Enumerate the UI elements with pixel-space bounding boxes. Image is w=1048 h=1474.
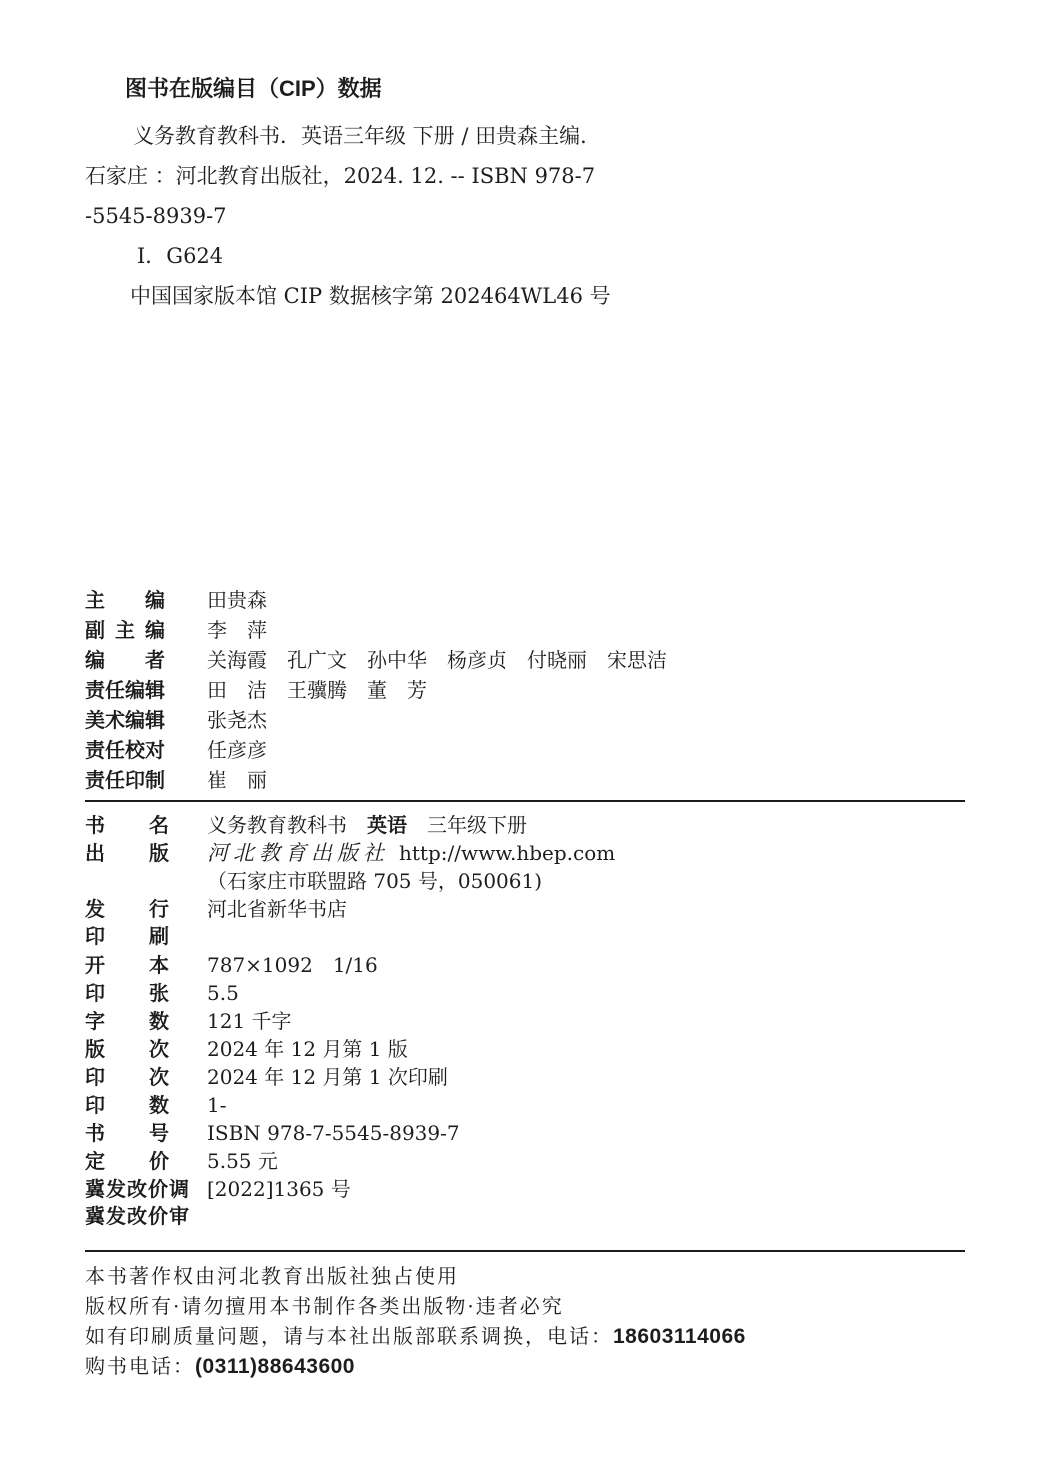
pub-row: 印次 2024 年 12 月第 1 次印刷 (85, 1063, 965, 1091)
pub-value: 5.5 (207, 979, 239, 1007)
pub-row: 字数 121 千字 (85, 1007, 965, 1035)
divider-rule-top (85, 800, 965, 802)
cip-line: 义务教育教科书．英语三年级 下册 / 田贵森主编． (85, 116, 965, 156)
pub-row: 定价 5.55 元 (85, 1147, 965, 1175)
pub-value: ISBN 978-7-5545-8939-7 (207, 1119, 460, 1147)
pub-row: 冀发改价调 [2022]1365 号 (85, 1175, 965, 1203)
staff-row: 责任校对 任彦彦 (85, 735, 965, 765)
pub-value: 787×1092 1/16 (207, 951, 378, 979)
copyright-block: 本书著作权由河北教育出版社独占使用 版权所有·请勿擅用本书制作各类出版物·违者必… (85, 1261, 965, 1381)
copyright-line: 如有印刷质量问题，请与本社出版部联系调换，电话：18603114066 (85, 1321, 965, 1351)
pub-value: 121 千字 (207, 1007, 292, 1035)
pub-label: 版次 (85, 1036, 169, 1064)
pub-row-publisher: 出版 河北教育出版社http://www.hbep.com (85, 839, 965, 867)
staff-value: 任彦彦 (207, 735, 267, 765)
staff-label: 编者 (85, 646, 165, 676)
staff-row: 主编 田贵森 (85, 585, 965, 615)
pub-label: 书号 (85, 1120, 169, 1148)
pub-value: 河北省新华书店 (207, 895, 347, 923)
copyright-line: 本书著作权由河北教育出版社独占使用 (85, 1261, 965, 1291)
pub-label: 发行 (85, 896, 169, 924)
staff-label: 主编 (85, 586, 165, 616)
staff-label: 责任印制 (85, 766, 165, 796)
staff-block: 主编 田贵森 副主编 李 萍 编者 关海霞 孔广文 孙中华 杨彦贞 付晓丽 宋思… (85, 585, 965, 795)
pub-label: 开本 (85, 952, 169, 980)
publisher-url: http://www.hbep.com (399, 841, 615, 865)
pub-label: 印刷 (85, 923, 169, 951)
staff-value: 张尧杰 (207, 705, 267, 735)
pub-label: 字数 (85, 1008, 169, 1036)
book-series: 义务教育教科书 (207, 813, 347, 837)
staff-value: 田贵森 (207, 585, 267, 615)
quality-notice-text: 如有印刷质量问题，请与本社出版部联系调换，电话： (85, 1324, 613, 1348)
pub-row: 冀发改价审 (85, 1203, 965, 1231)
pub-row: 印张 5.5 (85, 979, 965, 1007)
staff-row: 美术编辑 张尧杰 (85, 705, 965, 735)
pub-label: 出版 (85, 840, 169, 868)
pub-row-book-name: 书名 义务教育教科书英语三年级下册 (85, 811, 965, 839)
pub-label: 冀发改价审 (85, 1203, 190, 1231)
staff-value: 田 洁 王骥腾 董 芳 (207, 675, 427, 705)
pub-row: 版次 2024 年 12 月第 1 版 (85, 1035, 965, 1063)
pub-value: 5.55 元 (207, 1147, 278, 1175)
publisher-address: （石家庄市联盟路 705 号，050061) (207, 867, 542, 895)
pub-value: 2024 年 12 月第 1 次印刷 (207, 1063, 448, 1091)
purchase-phone-number: (0311)88643600 (195, 1355, 355, 1378)
staff-label: 副主编 (85, 616, 165, 646)
pub-row: 发行 河北省新华书店 (85, 895, 965, 923)
staff-label: 责任编辑 (85, 676, 165, 706)
staff-row: 副主编 李 萍 (85, 615, 965, 645)
staff-row: 责任编辑 田 洁 王骥腾 董 芳 (85, 675, 965, 705)
book-grade: 三年级下册 (427, 813, 527, 837)
pub-row: 开本 787×1092 1/16 (85, 951, 965, 979)
pub-row-address: （石家庄市联盟路 705 号，050061) (85, 867, 965, 895)
pub-row: 印刷 (85, 923, 965, 951)
purchase-phone-label: 购书电话： (85, 1354, 195, 1378)
cip-line: 石家庄 ：河北教育出版社，2024. 12. -- ISBN 978-7 (85, 156, 965, 196)
pub-value: 2024 年 12 月第 1 版 (207, 1035, 408, 1063)
staff-value: 关海霞 孔广文 孙中华 杨彦贞 付晓丽 宋思洁 (207, 645, 667, 675)
staff-row: 责任印制 崔 丽 (85, 765, 965, 795)
pub-value: 1- (207, 1091, 226, 1119)
staff-row: 编者 关海霞 孔广文 孙中华 杨彦贞 付晓丽 宋思洁 (85, 645, 965, 675)
pub-row: 书号 ISBN 978-7-5545-8939-7 (85, 1119, 965, 1147)
pub-label: 冀发改价调 (85, 1176, 190, 1204)
staff-label: 责任校对 (85, 736, 165, 766)
pub-label: 印数 (85, 1092, 169, 1120)
staff-value: 李 萍 (207, 615, 267, 645)
staff-label: 美术编辑 (85, 706, 165, 736)
colophon-page: 图书在版编目（CIP）数据 义务教育教科书．英语三年级 下册 / 田贵森主编． … (0, 0, 1048, 1474)
cip-line: 中国国家版本馆 CIP 数据核字第 202464WL46 号 (85, 276, 965, 316)
copyright-line: 购书电话：(0311)88643600 (85, 1351, 965, 1381)
cip-line: Ⅰ．G624 (85, 236, 965, 276)
publisher-signature: 河北教育出版社 (207, 841, 389, 865)
staff-value: 崔 丽 (207, 765, 267, 795)
pub-label: 印张 (85, 980, 169, 1008)
pub-value: [2022]1365 号 (207, 1175, 351, 1203)
book-subject: 英语 (367, 815, 407, 837)
cip-title: 图书在版编目（CIP）数据 (85, 74, 965, 104)
cip-line: -5545-8939-7 (85, 196, 965, 236)
copyright-line: 版权所有·请勿擅用本书制作各类出版物·违者必究 (85, 1291, 965, 1321)
pub-label: 书名 (85, 812, 169, 840)
pub-label: 定价 (85, 1148, 169, 1176)
divider-rule-bottom (85, 1250, 965, 1252)
service-phone-number: 18603114066 (613, 1325, 746, 1348)
pub-row: 印数 1- (85, 1091, 965, 1119)
publication-block: 书名 义务教育教科书英语三年级下册 出版 河北教育出版社http://www.h… (85, 811, 965, 1231)
cip-block: 图书在版编目（CIP）数据 义务教育教科书．英语三年级 下册 / 田贵森主编． … (85, 74, 965, 316)
pub-label: 印次 (85, 1064, 169, 1092)
